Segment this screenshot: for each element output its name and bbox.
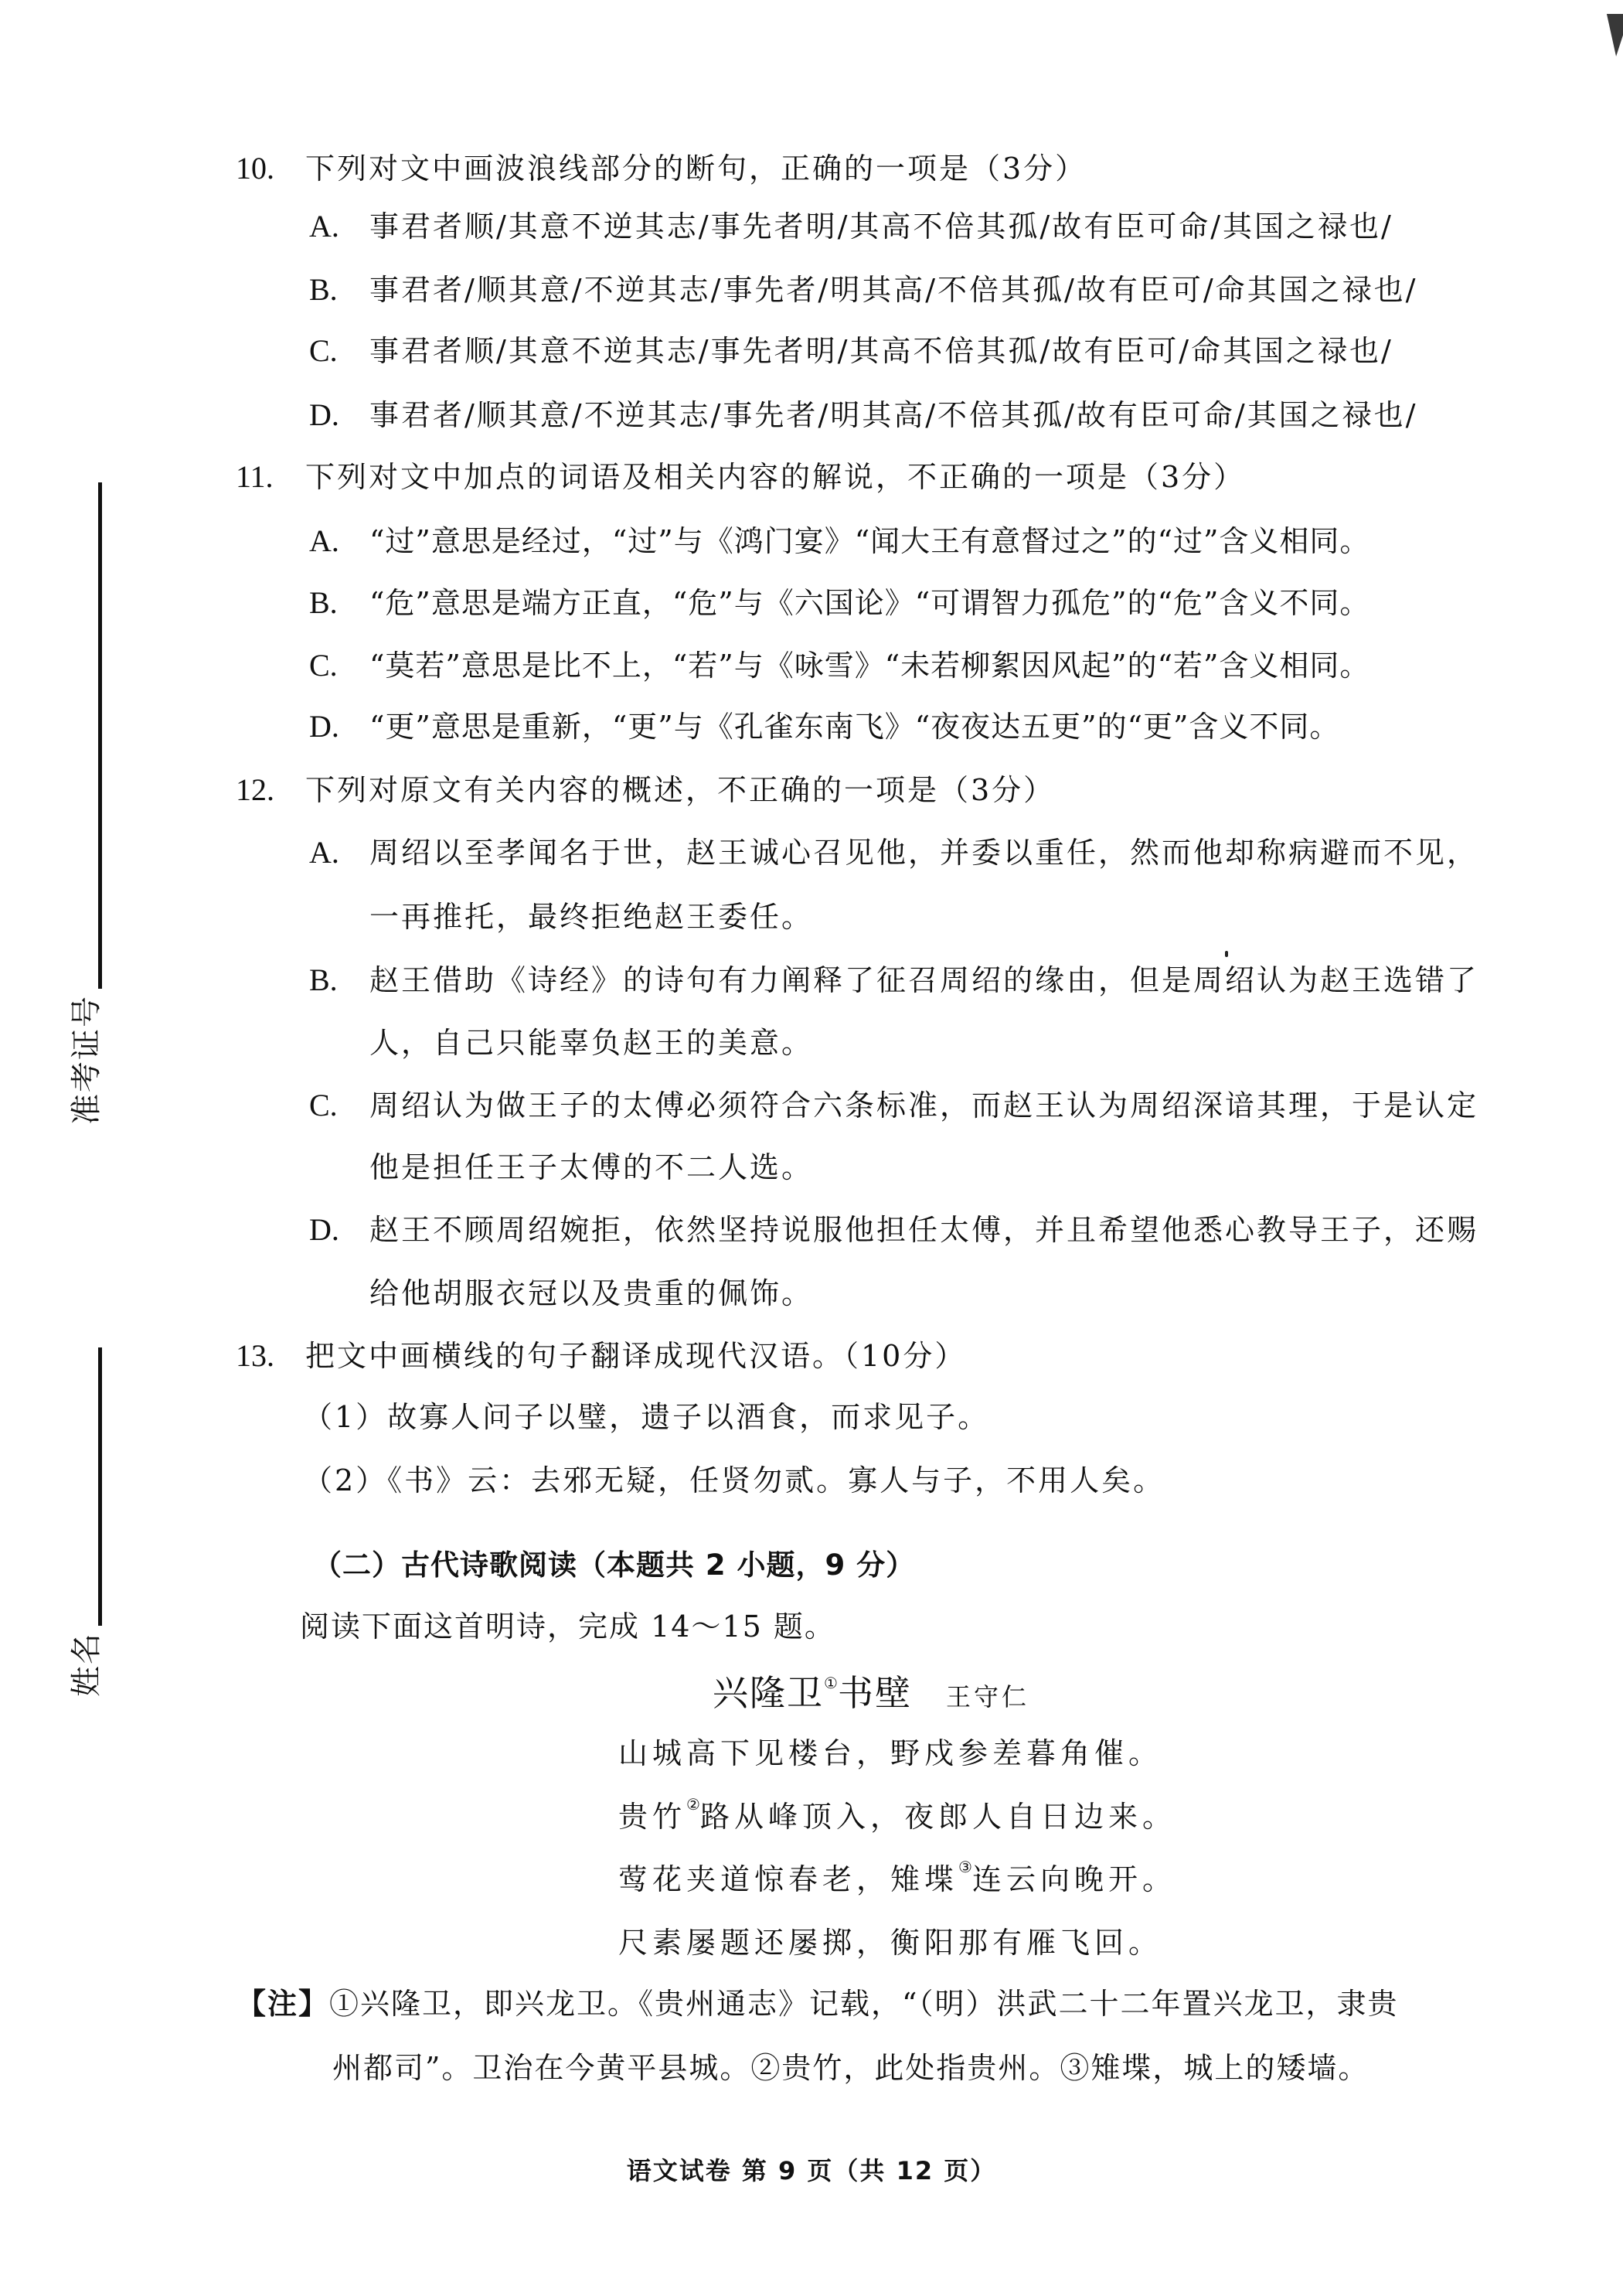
section-heading: （二）古代诗歌阅读（本题共 2 小题，9 分）: [313, 1546, 915, 1585]
poem-text: 尺素屡题还屡掷，衡阳那有雁飞回。: [618, 1926, 1162, 1960]
poem-author: 王守仁: [946, 1682, 1029, 1712]
note-tag: 【注】: [236, 1987, 329, 2021]
question-stem: 10. 下列对文中画波浪线部分的断句，正确的一项是（3分）: [0, 149, 1623, 188]
option-text: 赵王不顾周绍婉拒，依然坚持说服他担任太傅，并且希望他悉心教导王子，还赐: [369, 1211, 1478, 1249]
question-text: 下列对文中加点的词语及相关内容的解说，不正确的一项是（3分）: [305, 458, 1245, 496]
poem-line-3: 莺花夹道惊春老，雉堞③连云向晚开。: [618, 1860, 1176, 1899]
question-number: 10.: [236, 149, 274, 188]
poem-title-part: 书壁: [838, 1672, 912, 1714]
note-text: 州都司”。卫治在今黄平县城。②贵竹，此处指贵州。③雉堞，城上的矮墙。: [332, 2051, 1369, 2085]
translation-text: （1）故寡人问子以璧，遗子以酒食，而求见子。: [303, 1398, 989, 1436]
name-label: 姓名: [70, 1632, 104, 1697]
option-letter: A.: [309, 833, 339, 872]
exam-id-label: 准考证号: [70, 995, 104, 1125]
option-text: “过”意思是经过，“过”与《鸿门宴》“闻大王有意督过之”的“过”含义相同。: [369, 522, 1370, 560]
poem-note: 【注】①兴隆卫，即兴龙卫。《贵州通志》记载，“（明）洪武二十二年置兴龙卫，隶贵: [236, 1984, 1398, 2023]
section-instruction: 阅读下面这首明诗，完成 14～15 题。: [300, 1607, 835, 1646]
question-number: 11.: [236, 458, 274, 496]
option-letter: A.: [309, 207, 339, 246]
option-text: 赵王借助《诗经》的诗句有力阐释了征召周绍的缘由，但是周绍认为赵王选错了: [369, 961, 1478, 1000]
poem-line-1: 山城高下见楼台，野戍参差暮角催。: [618, 1734, 1162, 1773]
poem-line-2: 贵竹②路从峰顶入，夜郎人自日边来。: [618, 1797, 1176, 1836]
poem-title-row: 兴隆卫①书壁王守仁: [713, 1670, 1029, 1716]
question-text: 下列对原文有关内容的概述，不正确的一项是（3分）: [305, 771, 1055, 809]
footnote-marker: ②: [686, 1795, 700, 1814]
option-letter: B.: [309, 271, 338, 309]
option-text: “莫若”意思是比不上，“若”与《咏雪》“未若柳絮因风起”的“若”含义相同。: [369, 646, 1370, 685]
question-number: 12.: [236, 771, 274, 809]
option-letter: D.: [309, 396, 339, 434]
note-text: ①兴隆卫，即兴龙卫。《贵州通志》记载，“（明）洪武二十二年置兴龙卫，隶贵: [329, 1987, 1398, 2021]
footnote-marker: ①: [824, 1674, 838, 1692]
option-letter: C.: [309, 332, 338, 370]
poem-title-part: 兴隆卫: [713, 1672, 824, 1714]
poem-text: 山城高下见楼台，野戍参差暮角催。: [618, 1736, 1162, 1770]
poem-text: 路从峰顶入，夜郎人自日边来。: [700, 1800, 1176, 1834]
footnote-marker: ③: [958, 1858, 972, 1876]
exam-id-input-line[interactable]: [98, 482, 102, 989]
exam-id-field: 准考证号: [70, 482, 104, 1125]
question-text: 下列对文中画波浪线部分的断句，正确的一项是（3分）: [305, 149, 1087, 188]
option-text: 事君者/顺其意/不逆其志/事先者/明其高/不倍其孤/故有臣可/命其国之禄也/: [369, 271, 1417, 309]
option-text: 一再推托，最终拒绝赵王委任。: [369, 898, 813, 936]
stray-dot: [1225, 951, 1228, 957]
option-text: 周绍以至孝闻名于世，赵王诚心召见他，并委以重任，然而他却称病避而不见，: [369, 833, 1478, 872]
poem-text: 连云向晚开。: [972, 1862, 1176, 1896]
name-input-line[interactable]: [98, 1347, 102, 1626]
page-footer: 语文试卷 第 9 页（共 12 页）: [0, 2151, 1623, 2190]
option-text: “更”意思是重新，“更”与《孔雀东南飞》“夜夜达五更”的“更”含义不同。: [369, 707, 1339, 746]
option-text: 他是担任王子太傅的不二人选。: [369, 1148, 813, 1187]
option-letter: C.: [309, 1086, 338, 1125]
poem-text: 贵竹: [618, 1800, 686, 1834]
option-text: 人，自己只能辜负赵王的美意。: [369, 1024, 813, 1062]
poem-title: 兴隆卫①书壁: [713, 1672, 912, 1714]
option-letter: A.: [309, 522, 339, 560]
poem-note-continued: 州都司”。卫治在今黄平县城。②贵竹，此处指贵州。③雉堞，城上的矮墙。: [332, 2049, 1369, 2087]
option-text: 事君者顺/其意不逆其志/事先者明/其高不倍其孤/故有臣可/命其国之禄也/: [369, 332, 1393, 370]
translation-text: （2）《书》云：去邪无疑，任贤勿贰。寡人与子，不用人矣。: [303, 1461, 1165, 1500]
option-letter: C.: [309, 646, 338, 685]
option-text: “危”意思是端方正直，“危”与《六国论》“可谓智力孤危”的“危”含义不同。: [369, 584, 1370, 622]
question-number: 13.: [236, 1337, 274, 1375]
scan-artifact: [1593, 14, 1623, 56]
option-letter: B.: [309, 961, 338, 1000]
poem-text: 莺花夹道惊春老，雉堞: [618, 1862, 958, 1896]
option-letter: B.: [309, 584, 338, 622]
option-letter: D.: [309, 707, 339, 746]
name-field: 姓名: [70, 1347, 104, 1697]
option-text: 事君者顺/其意不逆其志/事先者明/其高不倍其孤/故有臣可命/其国之禄也/: [369, 207, 1393, 246]
option-text: 给他胡服衣冠以及贵重的佩饰。: [369, 1274, 813, 1313]
page-number-text: 语文试卷 第 9 页（共 12 页）: [627, 2156, 997, 2185]
option-text: 事君者/顺其意/不逆其志/事先者/明其高/不倍其孤/故有臣可命/其国之禄也/: [369, 396, 1417, 434]
option-text: 周绍认为做王子的太傅必须符合六条标准，而赵王认为周绍深谙其理，于是认定: [369, 1086, 1478, 1125]
question-text: 把文中画横线的句子翻译成现代汉语。（10分）: [305, 1337, 966, 1375]
option-letter: D.: [309, 1211, 339, 1249]
poem-line-4: 尺素屡题还屡掷，衡阳那有雁飞回。: [618, 1923, 1162, 1962]
